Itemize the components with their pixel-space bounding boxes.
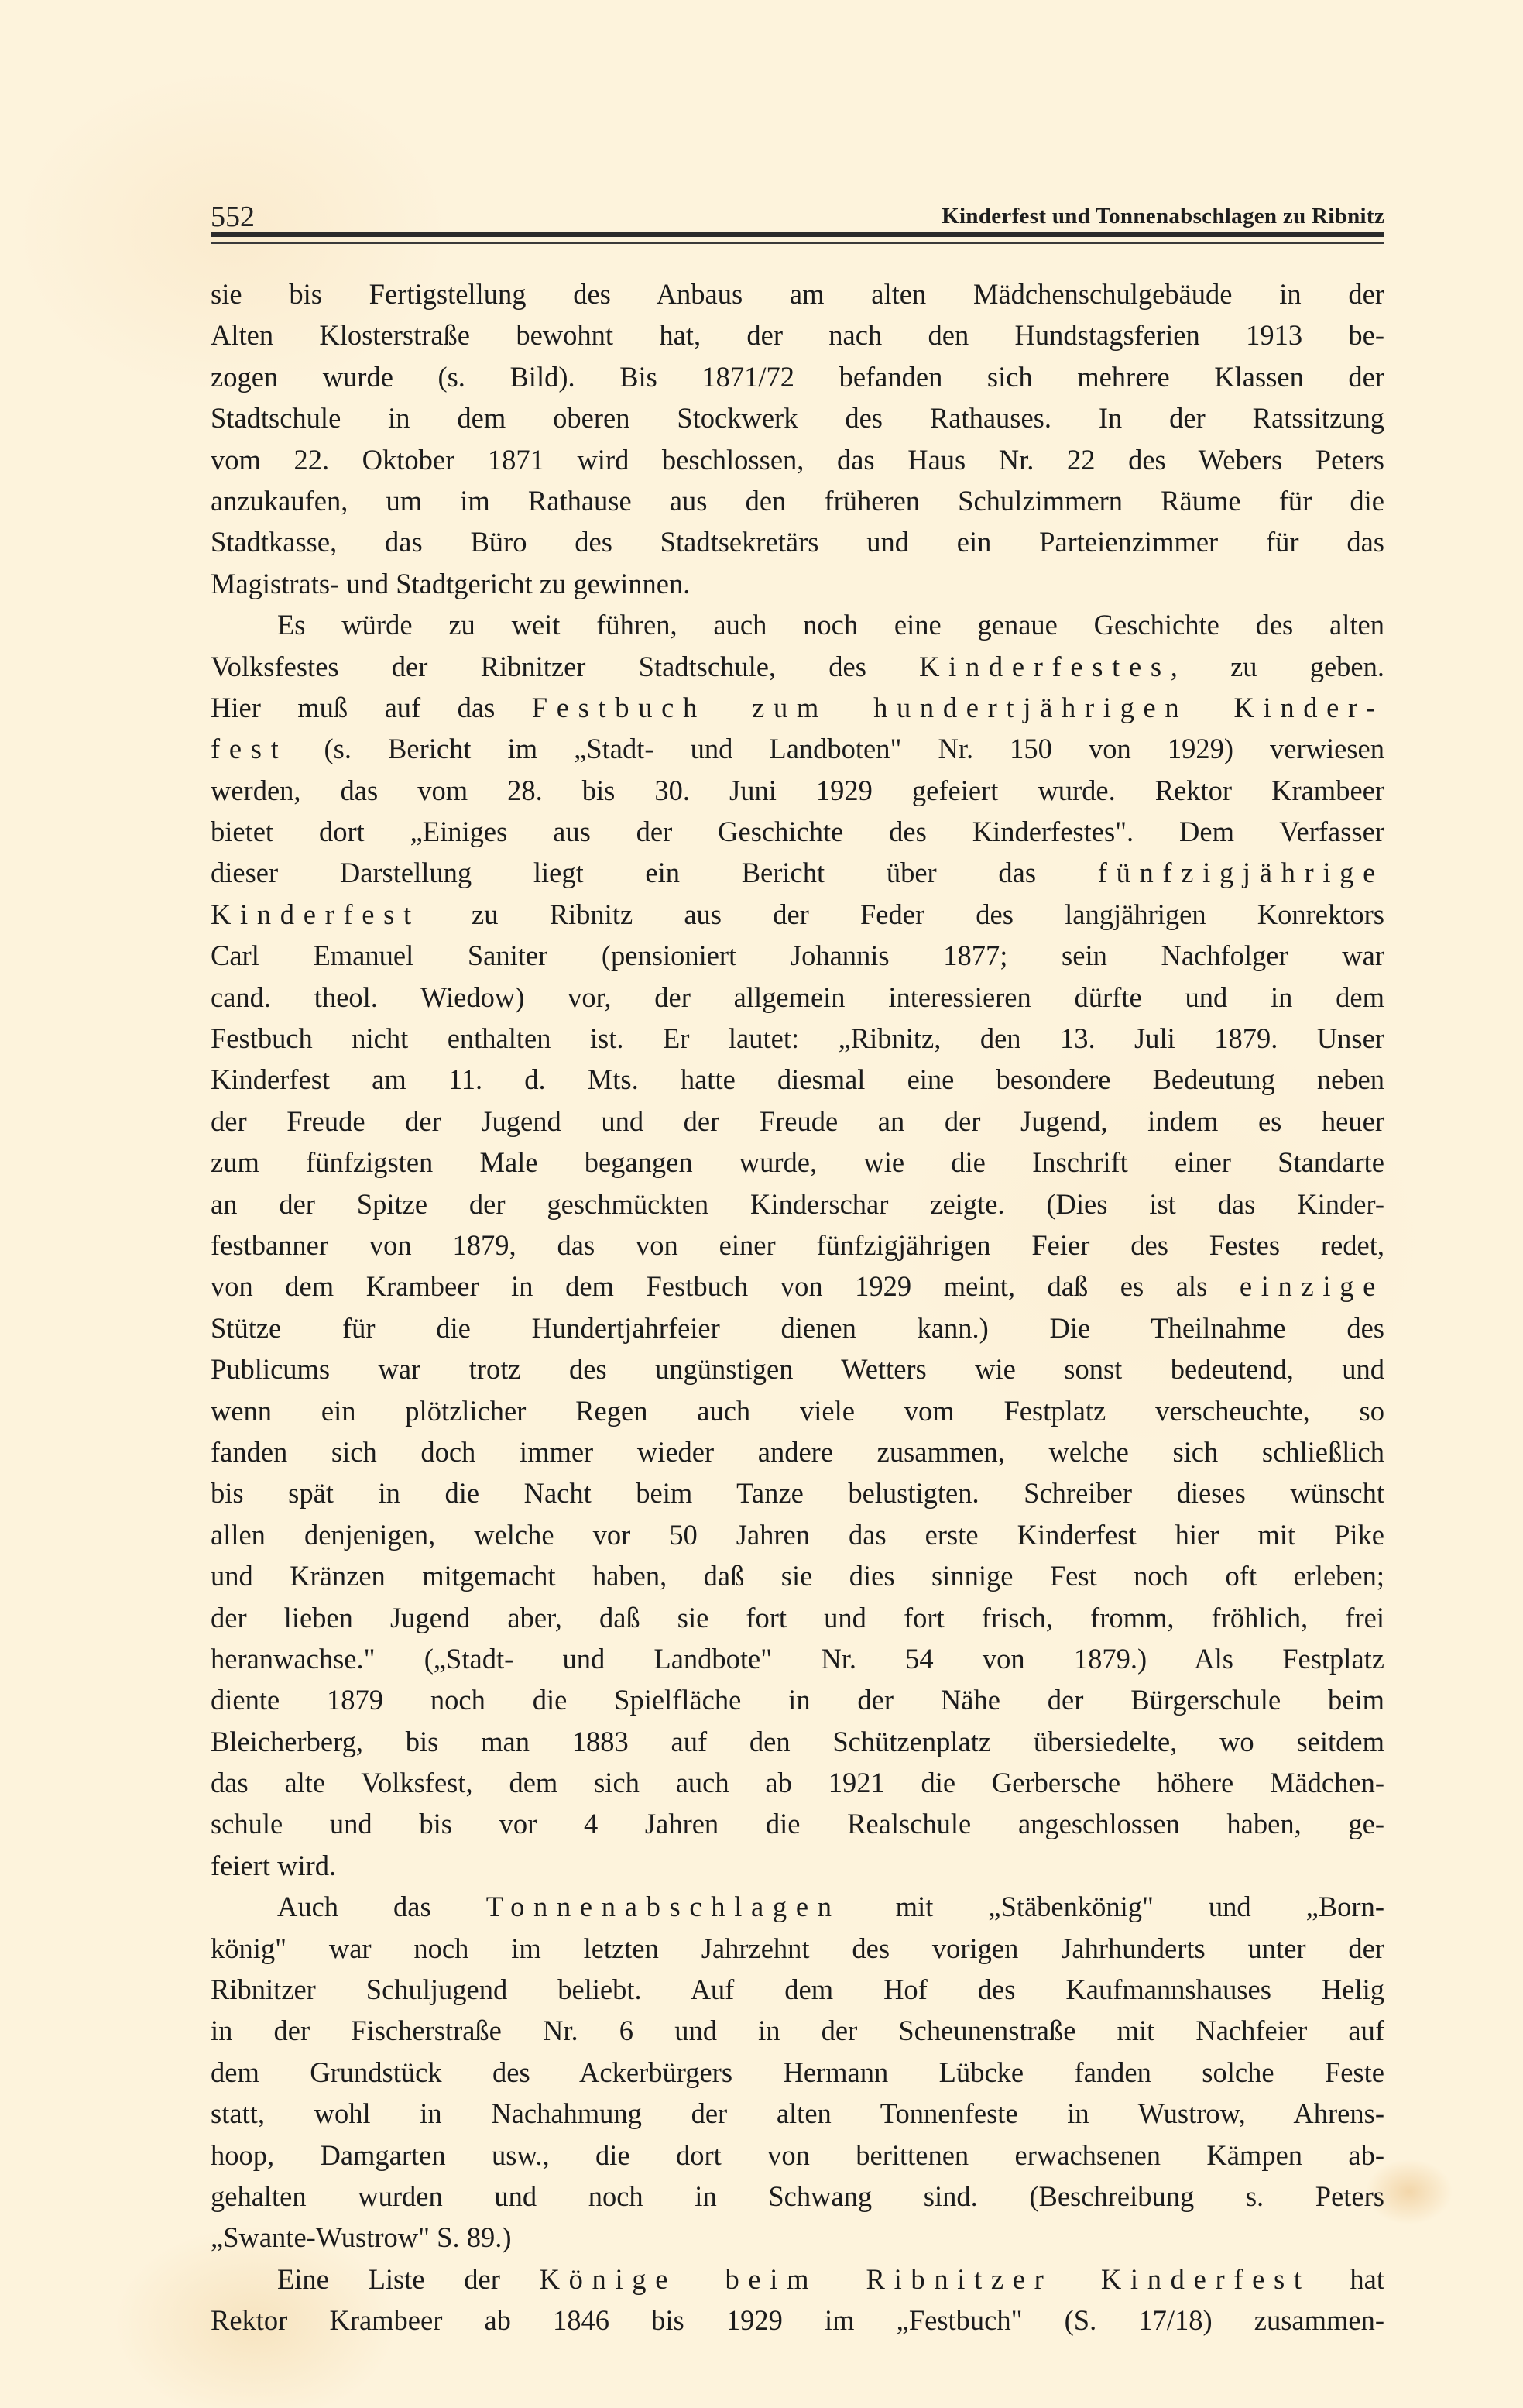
text-run: statt, wohl in Nachahmung der alten Tonn… bbox=[211, 2097, 1384, 2129]
header-rule-thin bbox=[211, 242, 1384, 244]
text-line: fanden sich doch immer wieder andere zus… bbox=[211, 1431, 1384, 1472]
text-run: Hier muß auf das bbox=[211, 692, 532, 723]
running-head: 552 Kinderfest und Tonnenabschlagen zu R… bbox=[211, 198, 1384, 236]
text-run: fanden sich doch immer wieder andere zus… bbox=[211, 1436, 1384, 1468]
text-line: statt, wohl in Nachahmung der alten Tonn… bbox=[211, 2093, 1384, 2134]
text-line: wenn ein plötzlicher Regen auch viele vo… bbox=[211, 1390, 1384, 1431]
text-line: in der Fischerstraße Nr. 6 und in der Sc… bbox=[211, 2010, 1384, 2051]
body-text: sie bis Fertigstellung des Anbaus am alt… bbox=[211, 273, 1384, 2341]
text-line: Hier muß auf das Festbuch zum hundertjäh… bbox=[211, 687, 1384, 728]
text-run: hoop, Damgarten usw., die dort von berit… bbox=[211, 2139, 1384, 2171]
text-line: sie bis Fertigstellung des Anbaus am alt… bbox=[211, 273, 1384, 314]
text-run: schule und bis vor 4 Jahren die Realschu… bbox=[211, 1808, 1384, 1839]
text-run: heranwachse." („Stadt- und Landbote" Nr.… bbox=[211, 1643, 1384, 1675]
text-line: von dem Krambeer in dem Festbuch von 192… bbox=[211, 1266, 1384, 1307]
text-run: dieser Darstellung liegt ein Bericht übe… bbox=[211, 857, 1098, 888]
text-line: diente 1879 noch die Spielfläche in der … bbox=[211, 1679, 1384, 1720]
header-rule-thick bbox=[211, 232, 1384, 237]
spaced-emphasis: Könige beim Ribnitzer Kinderfest bbox=[540, 2263, 1311, 2295]
text-line: Kinderfest zu Ribnitz aus der Feder des … bbox=[211, 894, 1384, 935]
text-run: Publicums war trotz des ungünstigen Wett… bbox=[211, 1353, 1384, 1385]
text-run: feiert wird. bbox=[211, 1850, 336, 1881]
text-run: Bleicherberg, bis man 1883 auf den Schüt… bbox=[211, 1726, 1384, 1757]
paragraph: sie bis Fertigstellung des Anbaus am alt… bbox=[211, 273, 1384, 604]
text-line: Alten Klosterstraße bewohnt hat, der nac… bbox=[211, 314, 1384, 356]
text-line: an der Spitze der geschmückten Kindersch… bbox=[211, 1183, 1384, 1225]
text-line: Stütze für die Hundertjahrfeier dienen k… bbox=[211, 1307, 1384, 1348]
text-line: hoop, Damgarten usw., die dort von berit… bbox=[211, 2135, 1384, 2176]
text-run: gehalten wurden und noch in Schwang sind… bbox=[211, 2180, 1384, 2212]
text-run: anzukaufen, um im Rathause aus den frühe… bbox=[211, 485, 1384, 517]
text-line: könig" war noch im letzten Jahrzehnt des… bbox=[211, 1928, 1384, 1969]
page-number: 552 bbox=[211, 198, 255, 236]
text-run: „Swante-Wustrow" S. 89.) bbox=[211, 2221, 512, 2253]
text-run: und Kränzen mitgemacht haben, daß sie di… bbox=[211, 1560, 1384, 1592]
text-line: Auch das Tonnenabschlagen mit „Stäbenkön… bbox=[211, 1886, 1384, 1927]
text-run: , zu geben. bbox=[1171, 651, 1384, 682]
spaced-emphasis: Kinderfestes bbox=[919, 651, 1171, 682]
text-line: heranwachse." („Stadt- und Landbote" Nr.… bbox=[211, 1638, 1384, 1679]
text-line: feiert wird. bbox=[211, 1845, 1384, 1886]
text-run: festbanner von 1879, das von einer fünfz… bbox=[211, 1229, 1384, 1261]
spaced-emphasis: fest bbox=[211, 733, 287, 764]
text-line: festbanner von 1879, das von einer fünfz… bbox=[211, 1225, 1384, 1266]
text-run: Festbuch nicht enthalten ist. Er lautet:… bbox=[211, 1022, 1384, 1054]
text-line: Publicums war trotz des ungünstigen Wett… bbox=[211, 1348, 1384, 1389]
text-run: Auch das bbox=[277, 1891, 486, 1922]
text-run: Stadtkasse, das Büro des Stadtsekretärs … bbox=[211, 526, 1384, 558]
text-line: Stadtkasse, das Büro des Stadtsekretärs … bbox=[211, 521, 1384, 562]
text-run: zogen wurde (s. Bild). Bis 1871/72 befan… bbox=[211, 361, 1384, 393]
text-run: von dem Krambeer in dem Festbuch von 192… bbox=[211, 1270, 1240, 1302]
paragraph: Eine Liste der Könige beim Ribnitzer Kin… bbox=[211, 2259, 1384, 2341]
text-run: zu Ribnitz aus der Feder des langjährige… bbox=[420, 898, 1384, 930]
text-run: vom 22. Oktober 1871 wird beschlossen, d… bbox=[211, 444, 1384, 476]
text-run: diente 1879 noch die Spielfläche in der … bbox=[211, 1684, 1384, 1716]
running-title: Kinderfest und Tonnenabschlagen zu Ribni… bbox=[942, 201, 1384, 232]
text-line: Rektor Krambeer ab 1846 bis 1929 im „Fes… bbox=[211, 2300, 1384, 2341]
text-run: zum fünfzigsten Male begangen wurde, wie… bbox=[211, 1146, 1384, 1178]
text-line: bis spät in die Nacht beim Tanze belusti… bbox=[211, 1472, 1384, 1513]
text-run: der Freude der Jugend und der Freude an … bbox=[211, 1105, 1384, 1137]
text-run: Carl Emanuel Saniter (pensioniert Johann… bbox=[211, 939, 1384, 971]
text-run: werden, das vom 28. bis 30. Juni 1929 ge… bbox=[211, 775, 1384, 806]
text-run: wenn ein plötzlicher Regen auch viele vo… bbox=[211, 1395, 1384, 1427]
text-line: schule und bis vor 4 Jahren die Realschu… bbox=[211, 1803, 1384, 1844]
text-line: Carl Emanuel Saniter (pensioniert Johann… bbox=[211, 935, 1384, 976]
text-line: Volksfestes der Ribnitzer Stadtschule, d… bbox=[211, 646, 1384, 687]
text-run: (s. Bericht im „Stadt- und Landboten" Nr… bbox=[287, 733, 1384, 764]
text-run: könig" war noch im letzten Jahrzehnt des… bbox=[211, 1932, 1384, 1964]
text-line: dieser Darstellung liegt ein Bericht übe… bbox=[211, 852, 1384, 893]
text-run: cand. theol. Wiedow) vor, der allgemein … bbox=[211, 981, 1384, 1013]
spaced-emphasis: Festbuch zum hundertjährigen Kinder- bbox=[532, 692, 1384, 723]
text-run: in der Fischerstraße Nr. 6 und in der Sc… bbox=[211, 2015, 1384, 2046]
spaced-emphasis: einzige bbox=[1240, 1270, 1384, 1302]
text-line: der lieben Jugend aber, daß sie fort und… bbox=[211, 1597, 1384, 1638]
text-line: Ribnitzer Schuljugend beliebt. Auf dem H… bbox=[211, 1969, 1384, 2010]
text-line: anzukaufen, um im Rathause aus den frühe… bbox=[211, 480, 1384, 521]
text-run: bis spät in die Nacht beim Tanze belusti… bbox=[211, 1477, 1384, 1509]
text-run: Es würde zu weit führen, auch noch eine … bbox=[277, 609, 1384, 641]
text-run: an der Spitze der geschmückten Kindersch… bbox=[211, 1188, 1384, 1220]
text-line: „Swante-Wustrow" S. 89.) bbox=[211, 2217, 1384, 2258]
text-line: Bleicherberg, bis man 1883 auf den Schüt… bbox=[211, 1721, 1384, 1762]
text-run: Eine Liste der bbox=[277, 2263, 540, 2295]
text-line: dem Grundstück des Ackerbürgers Hermann … bbox=[211, 2052, 1384, 2093]
text-line: der Freude der Jugend und der Freude an … bbox=[211, 1101, 1384, 1142]
paragraph: Es würde zu weit führen, auch noch eine … bbox=[211, 604, 1384, 1886]
text-line: zogen wurde (s. Bild). Bis 1871/72 befan… bbox=[211, 356, 1384, 397]
text-run: mit „Stäbenkönig" und „Born- bbox=[841, 1891, 1384, 1922]
text-line: vom 22. Oktober 1871 wird beschlossen, d… bbox=[211, 439, 1384, 480]
text-run: Alten Klosterstraße bewohnt hat, der nac… bbox=[211, 319, 1384, 351]
text-run: Ribnitzer Schuljugend beliebt. Auf dem H… bbox=[211, 1973, 1384, 2005]
text-line: das alte Volksfest, dem sich auch ab 192… bbox=[211, 1762, 1384, 1803]
text-run: Kinderfest am 11. d. Mts. hatte diesmal … bbox=[211, 1063, 1384, 1095]
text-run: allen denjenigen, welche vor 50 Jahren d… bbox=[211, 1519, 1384, 1551]
text-run: Volksfestes der Ribnitzer Stadtschule, d… bbox=[211, 651, 919, 682]
text-run: der lieben Jugend aber, daß sie fort und… bbox=[211, 1602, 1384, 1633]
text-run: Magistrats- und Stadtgericht zu gewinnen… bbox=[211, 568, 690, 599]
text-line: Magistrats- und Stadtgericht zu gewinnen… bbox=[211, 563, 1384, 604]
text-line: allen denjenigen, welche vor 50 Jahren d… bbox=[211, 1514, 1384, 1555]
text-line: werden, das vom 28. bis 30. Juni 1929 ge… bbox=[211, 770, 1384, 811]
spaced-emphasis: Kinderfest bbox=[211, 898, 420, 930]
text-line: Festbuch nicht enthalten ist. Er lautet:… bbox=[211, 1018, 1384, 1059]
text-line: Es würde zu weit führen, auch noch eine … bbox=[211, 604, 1384, 645]
text-run: das alte Volksfest, dem sich auch ab 192… bbox=[211, 1767, 1384, 1798]
text-run: dem Grundstück des Ackerbürgers Hermann … bbox=[211, 2056, 1384, 2088]
text-run: Stütze für die Hundertjahrfeier dienen k… bbox=[211, 1312, 1384, 1344]
text-line: cand. theol. Wiedow) vor, der allgemein … bbox=[211, 977, 1384, 1018]
text-run: hat bbox=[1311, 2263, 1384, 2295]
text-line: zum fünfzigsten Male begangen wurde, wie… bbox=[211, 1142, 1384, 1183]
text-line: gehalten wurden und noch in Schwang sind… bbox=[211, 2176, 1384, 2217]
text-run: sie bis Fertigstellung des Anbaus am alt… bbox=[211, 278, 1384, 310]
spaced-emphasis: fünfzigjährige bbox=[1098, 857, 1384, 888]
text-line: und Kränzen mitgemacht haben, daß sie di… bbox=[211, 1555, 1384, 1596]
text-line: Stadtschule in dem oberen Stockwerk des … bbox=[211, 397, 1384, 438]
paragraph: Auch das Tonnenabschlagen mit „Stäbenkön… bbox=[211, 1886, 1384, 2259]
text-line: Eine Liste der Könige beim Ribnitzer Kin… bbox=[211, 2259, 1384, 2300]
text-run: bietet dort „Einiges aus der Geschichte … bbox=[211, 816, 1384, 847]
text-run: Rektor Krambeer ab 1846 bis 1929 im „Fes… bbox=[211, 2304, 1384, 2336]
text-line: bietet dort „Einiges aus der Geschichte … bbox=[211, 811, 1384, 852]
text-line: fest (s. Bericht im „Stadt- und Landbote… bbox=[211, 728, 1384, 769]
text-line: Kinderfest am 11. d. Mts. hatte diesmal … bbox=[211, 1059, 1384, 1100]
text-run: Stadtschule in dem oberen Stockwerk des … bbox=[211, 402, 1384, 434]
spaced-emphasis: Tonnenabschlagen bbox=[486, 1891, 841, 1922]
